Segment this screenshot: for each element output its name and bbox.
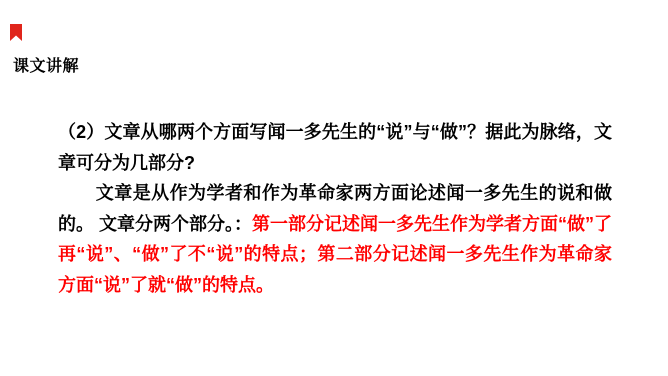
- question-text: （2）文章从哪两个方面写闻一多先生的“说”与“做”？据此为脉络，文章可分为几部分…: [58, 122, 612, 173]
- question-paragraph: （2）文章从哪两个方面写闻一多先生的“说”与“做”？据此为脉络，文章可分为几部分…: [58, 117, 612, 178]
- answer-paragraph: 文章是从作为学者和作为革命家两方面论述闻一多先生的说和做的。 文章分两个部分。：…: [58, 178, 612, 300]
- red-ribbon-icon: [10, 24, 22, 41]
- slide-body: （2）文章从哪两个方面写闻一多先生的“说”与“做”？据此为脉络，文章可分为几部分…: [58, 117, 612, 300]
- slide-section-title: 课文讲解: [13, 53, 79, 76]
- slide: 课文讲解 （2）文章从哪两个方面写闻一多先生的“说”与“做”？据此为脉络，文章可…: [0, 0, 668, 376]
